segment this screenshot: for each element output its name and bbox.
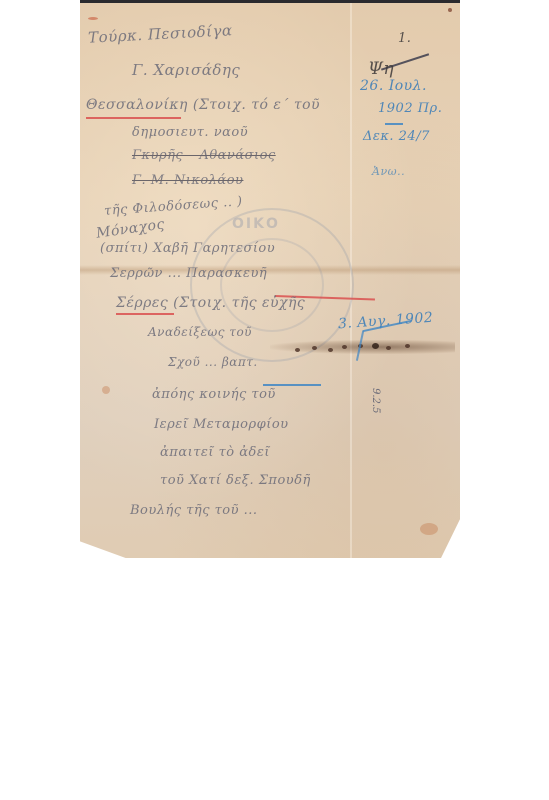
blue-underline [385,123,403,125]
handwritten-line: Σχοῦ ... βαπτ. [168,355,258,369]
blue-date-annotation: 1902 Πρ. [378,101,442,116]
rust-spot [420,523,438,535]
blue-underline [263,384,321,386]
handwritten-line: Μόναχος [95,216,166,241]
handwritten-line: Σέρρες (Στοιχ. τῆς εὐχῆς [116,295,305,311]
ink-stamp-text: ΟΙΚΟ [232,216,280,232]
scan-top-edge [80,0,460,3]
margin-note-vertical: 9.2.5 [370,388,381,413]
blue-date-annotation: Δεκ. 24/7 [363,129,430,144]
handwritten-line: Τούρκ. Πεσιοδίγα [88,21,233,47]
handwritten-line: τοῦ Χατί δεξ. Σπουδῆ [160,473,311,488]
red-underline [116,313,174,315]
handwritten-line-struck: Γκυρῆς – Αθανάσιος [132,148,276,163]
handwritten-line: Θεσσαλονίκη (Στοιχ. τό ε΄ τοῦ [86,97,320,113]
rust-dot [448,8,452,12]
blue-date-annotation: 26. Ιουλ. [360,78,427,94]
signature: Ψη [368,59,394,79]
handwritten-line: Αναδείξεως τοῦ [148,325,252,339]
handwritten-line: ἀπόης κοινής τοῦ [152,387,276,402]
handwritten-line: Βουλής τῆς τοῦ ... [130,503,258,518]
handwritten-line: τῆς Φιλοδόσεως .. ) [104,194,243,219]
handwritten-line: Γ. Χαρισάδης [132,61,240,79]
handwritten-line: Σερρῶν ... Παρασκευῆ [110,266,267,281]
rust-spot [102,386,110,394]
handwritten-line-struck: Γ. Μ. Νικολάου [132,173,243,188]
handwritten-line: (σπίτι) Χαβῆ Γαρητεσίου [100,241,275,256]
red-underline [86,117,181,119]
handwritten-line: ἀπαιτεῖ τὸ ἀδεῖ [160,445,270,460]
page-number-mark: 1. [398,31,411,46]
handwritten-line: Ιερεῖ Μεταμορφίου [154,417,289,432]
blue-date-annotation: Ἀνω.. [372,165,405,178]
document-paper: ΟΙΚΟ 1. Ψη Τούρκ. Πεσιοδίγα Γ. Χαρισάδης… [80,3,460,558]
rust-mark [88,17,98,20]
handwritten-line: δημοσιευτ. ναοῦ [132,125,248,140]
